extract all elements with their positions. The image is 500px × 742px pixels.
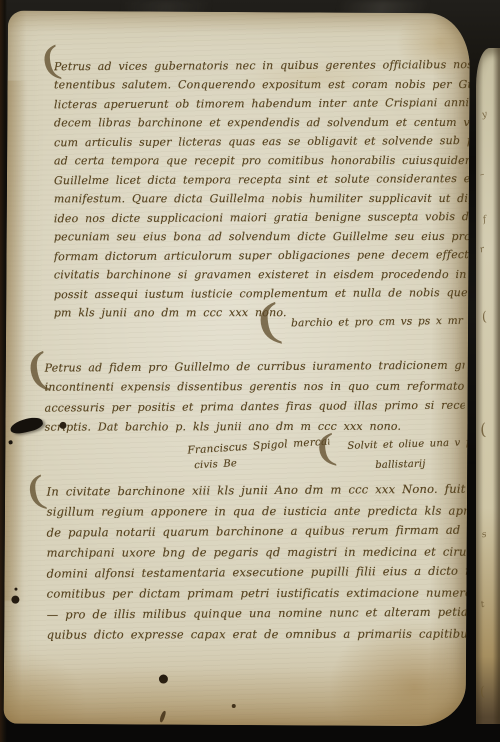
- manuscript-text-line: ad certa tempora que recepit pro comitib…: [54, 151, 470, 170]
- ink-mark: [159, 710, 167, 723]
- edge-writing-mark: (: [478, 685, 487, 701]
- manuscript-text-line: possit assequi iustum iusticie complemen…: [54, 283, 470, 304]
- paper-stain: [4, 651, 88, 727]
- ink-dot: [232, 704, 236, 708]
- edge-writing-mark: t: [480, 600, 486, 611]
- manuscript-text-line: In civitate barchinone xiii kls junii An…: [47, 479, 467, 502]
- adjacent-page-edge: y–fr((st(: [476, 48, 500, 724]
- manuscript-text-line: decem libras barchinone et expendendis a…: [54, 113, 470, 132]
- edge-writing-mark: y: [481, 110, 488, 121]
- manuscript-text-line: ideo nos dicte supplicacioni maiori grat…: [54, 207, 470, 228]
- manuscript-paragraph-2: Petrus ad fidem pro Guillelmo de curribu…: [45, 357, 465, 437]
- manuscript-photo: ( Petrus ad vices gubernatoris nec in qu…: [0, 0, 500, 742]
- manuscript-paragraph-1: Petrus ad vices gubernatoris nec in quib…: [54, 56, 470, 322]
- manuscript-text-line: formam dictorum articulorum super obliga…: [54, 245, 470, 266]
- notary-signature-line-2: civis Be: [194, 458, 252, 472]
- ink-dot: [14, 588, 17, 591]
- payment-annotation-line-1: Solvit et oliue una v ps x d: [347, 437, 470, 452]
- edge-writing-mark: –: [479, 170, 486, 181]
- paper-stain: [4, 81, 27, 601]
- manuscript-text-line: Petrus ad fidem pro Guillelmo de curribu…: [45, 356, 465, 379]
- manuscript-text-line: domini alfonsi testamentaria exsecutione…: [47, 561, 467, 584]
- manuscript-text-line: scriptis. Dat barchio p. kls junii ano d…: [45, 417, 465, 438]
- manuscript-text-line: sigillum regium apponere in qua de iusti…: [47, 500, 467, 522]
- manuscript-text-line: de papula notarii quarum barchinone a qu…: [47, 520, 467, 543]
- payment-note: barchio et pro cm vs ps x mr gr inspe: [291, 314, 470, 329]
- manuscript-text-line: — pro de illis milibus quinque una nomin…: [47, 602, 467, 625]
- manuscript-text-line: Guillelme licet dicta tempora recepta si…: [54, 169, 470, 190]
- manuscript-text-line: quibus dicto expresse capax erat de omni…: [47, 623, 467, 645]
- edge-writing-mark: f: [482, 215, 488, 226]
- manuscript-text-line: incontinenti expensis dissentibus gerent…: [45, 377, 465, 398]
- manuscript-text-line: comitibus per dictam primam petri iustif…: [47, 582, 467, 604]
- manuscript-text-line: cum articulis super licteras quas eas se…: [54, 131, 470, 152]
- manuscript-page: ( Petrus ad vices gubernatoris nec in qu…: [4, 11, 470, 727]
- manuscript-text-line: tenentibus salutem. Conquerendo expositu…: [54, 75, 470, 94]
- manuscript-text-line: accessuris per positis et prima dantes f…: [45, 396, 465, 419]
- manuscript-text-line: civitatis barchinone si gravamen exister…: [54, 265, 470, 284]
- payment-annotation-line-2: ballistarij: [375, 458, 445, 471]
- edge-writing-mark: s: [481, 530, 488, 541]
- manuscript-paragraph-3: In civitate barchinone xiii kls junii An…: [47, 480, 467, 644]
- notary-signature-line-1: Franciscus Spigol mercatoris: [187, 436, 329, 457]
- manuscript-text-line: pecuniam seu eius bona ad solvendum dict…: [54, 227, 470, 246]
- manuscript-text-line: manifestum. Quare dicta Guillelma nobis …: [54, 189, 470, 208]
- ink-dot: [11, 596, 19, 604]
- edge-writing-mark: (: [480, 310, 489, 326]
- ink-dot: [59, 422, 66, 429]
- manuscript-text-line: licteras aperuerunt ob timorem habendum …: [54, 93, 470, 114]
- ink-dot: [159, 675, 168, 684]
- edge-writing-mark: (: [478, 420, 489, 440]
- manuscript-text-line: Petrus ad vices gubernatoris nec in quib…: [54, 55, 470, 76]
- manuscript-text-line: marchipani uxore bng de pegaris qd magis…: [47, 541, 467, 563]
- edge-writing-mark: r: [479, 245, 486, 256]
